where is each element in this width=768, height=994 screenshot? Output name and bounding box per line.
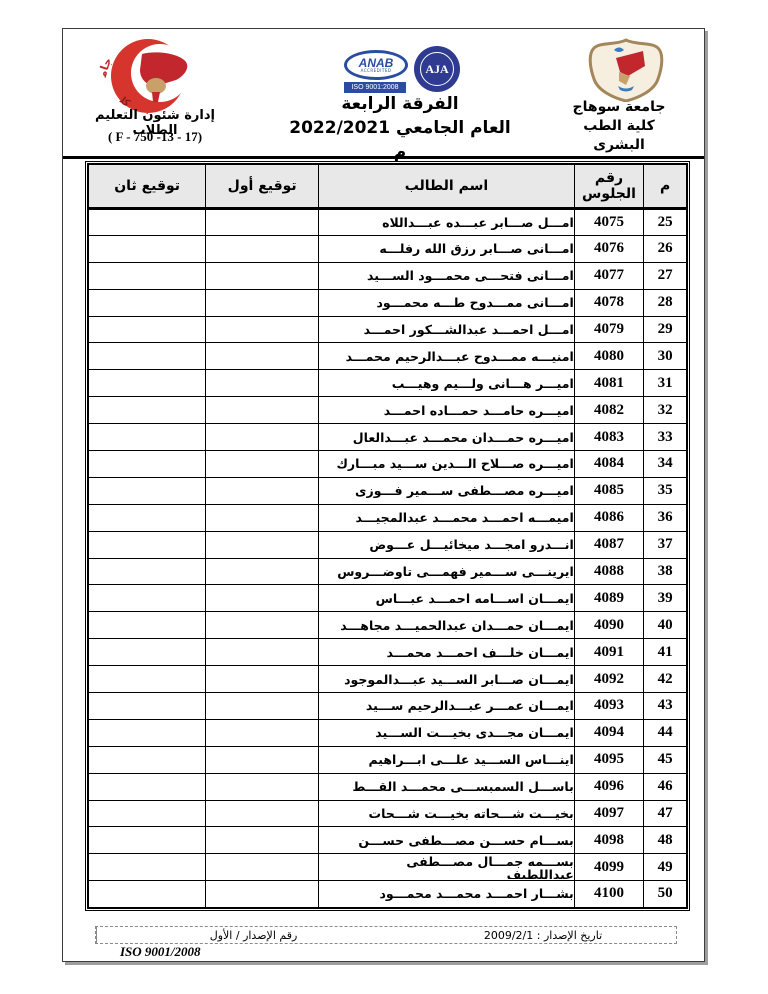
- table-row: 45 4095 اينـــاس الســـيد علـــى ابـــرا…: [88, 746, 687, 773]
- issue-date: تاريخ الإصدار : 2009/2/1: [410, 927, 676, 943]
- anab-accredited-label: ACCREDITED: [361, 69, 392, 73]
- seat-number-cell: 4077: [574, 262, 643, 289]
- student-name-cell: بخيـــت شـــحاته بخيـــت شـــحات: [319, 800, 575, 827]
- index-cell: 33: [644, 424, 687, 451]
- first-signature-cell: [206, 477, 319, 504]
- index-cell: 43: [644, 693, 687, 720]
- first-signature-cell: [206, 639, 319, 666]
- first-signature-cell: [206, 370, 319, 397]
- index-cell: 32: [644, 397, 687, 424]
- student-name-cell: اميـــره صـــلاح الـــدين ســـيد مبـــار…: [319, 451, 575, 478]
- seat-number-cell: 4080: [574, 343, 643, 370]
- index-cell: 49: [644, 854, 687, 881]
- student-name-cell: ايمـــان حمـــدان عبدالحميـــد مجاهـــد: [319, 612, 575, 639]
- first-signature-cell: [206, 719, 319, 746]
- table-row: 32 4082 اميـــره حامـــد حمـــاده احمـــ…: [88, 397, 687, 424]
- index-cell: 40: [644, 612, 687, 639]
- aja-logo: AJA: [414, 46, 460, 92]
- university-header-block: جامعة سوهاج كلية الطب البشرى: [560, 98, 678, 155]
- first-signature-cell: [206, 209, 319, 236]
- student-name-cell: بشـــار احمـــد محمـــد محمـــود: [319, 881, 575, 908]
- index-cell: 36: [644, 504, 687, 531]
- anab-word: ANAB: [359, 58, 394, 69]
- seat-number-cell: 4090: [574, 612, 643, 639]
- student-name-cell: ايرينـــى ســـمير فهمـــى تاوضـــروس: [319, 558, 575, 585]
- student-name-cell: بســـام حســـن مصـــطفى حســـن: [319, 827, 575, 854]
- second-signature-cell: [88, 209, 206, 236]
- index-cell: 28: [644, 289, 687, 316]
- seat-number-cell: 4089: [574, 585, 643, 612]
- first-signature-cell: [206, 773, 319, 800]
- second-signature-cell: [88, 693, 206, 720]
- first-signature-cell: [206, 504, 319, 531]
- first-signature-cell: [206, 746, 319, 773]
- svg-text:جامعة سوهاج: جامعة سوهاج: [90, 36, 115, 79]
- second-signature-cell: [88, 854, 206, 881]
- first-signature-cell: [206, 235, 319, 262]
- header-second-signature: توقيع ثان: [88, 164, 206, 209]
- seat-number-cell: 4079: [574, 316, 643, 343]
- table-row: 43 4093 ايمـــان عمـــر عبـــدالرحيم ســ…: [88, 693, 687, 720]
- second-signature-cell: [88, 639, 206, 666]
- first-signature-cell: [206, 800, 319, 827]
- issue-info-box: رقم الإصدار / الأول تاريخ الإصدار : 2009…: [95, 926, 677, 944]
- seat-number-cell: 4088: [574, 558, 643, 585]
- index-cell: 27: [644, 262, 687, 289]
- table-row: 25 4075 امـــل صـــابر عبـــده عبـــدالل…: [88, 209, 687, 236]
- student-name-cell: اينـــاس الســـيد علـــى ابـــراهيم: [319, 746, 575, 773]
- second-signature-cell: [88, 477, 206, 504]
- second-signature-cell: [88, 531, 206, 558]
- second-signature-cell: [88, 343, 206, 370]
- seat-number-cell: 4091: [574, 639, 643, 666]
- faculty-name: كلية الطب البشرى: [560, 117, 678, 155]
- first-signature-cell: [206, 827, 319, 854]
- first-signature-cell: [206, 451, 319, 478]
- seat-number-cell: 4096: [574, 773, 643, 800]
- seat-number-cell: 4087: [574, 531, 643, 558]
- seat-number-cell: 4082: [574, 397, 643, 424]
- faculty-crescent-logo: جامعة سوهاج كلية الطب: [90, 36, 216, 116]
- first-signature-cell: [206, 881, 319, 908]
- iso-standard-note: ISO 9001/2008: [120, 944, 260, 960]
- aja-word: AJA: [420, 52, 454, 86]
- seat-number-cell: 4094: [574, 719, 643, 746]
- table-row: 35 4085 اميـــره مصـــطفى ســـمير فـــوز…: [88, 477, 687, 504]
- first-signature-cell: [206, 666, 319, 693]
- seat-number-cell: 4099: [574, 854, 643, 881]
- first-signature-cell: [206, 262, 319, 289]
- student-name-cell: ايمـــان عمـــر عبـــدالرحيم ســـيد: [319, 693, 575, 720]
- table-row: 50 4100 بشـــار احمـــد محمـــد محمـــود: [88, 881, 687, 908]
- index-cell: 25: [644, 209, 687, 236]
- table-row: 34 4084 اميـــره صـــلاح الـــدين ســـيد…: [88, 451, 687, 478]
- header-divider-rule: [63, 156, 704, 159]
- index-cell: 39: [644, 585, 687, 612]
- seat-number-cell: 4092: [574, 666, 643, 693]
- issue-number: رقم الإصدار / الأول: [96, 927, 410, 943]
- student-name-cell: ايمـــان خلـــف احمـــد محمـــد: [319, 639, 575, 666]
- seat-number-cell: 4093: [574, 693, 643, 720]
- index-cell: 46: [644, 773, 687, 800]
- second-signature-cell: [88, 719, 206, 746]
- header-seat-number: رقم الجلوس: [574, 164, 643, 209]
- index-cell: 30: [644, 343, 687, 370]
- header-index: م: [644, 164, 687, 209]
- first-signature-cell: [206, 424, 319, 451]
- table-header-row: م رقم الجلوس اسم الطالب توقيع أول توقيع …: [88, 164, 687, 209]
- first-signature-cell: [206, 558, 319, 585]
- second-signature-cell: [88, 800, 206, 827]
- header-student-name: اسم الطالب: [319, 164, 575, 209]
- index-cell: 47: [644, 800, 687, 827]
- second-signature-cell: [88, 881, 206, 908]
- index-cell: 44: [644, 719, 687, 746]
- student-table-body: 25 4075 امـــل صـــابر عبـــده عبـــدالل…: [88, 209, 687, 908]
- student-name-cell: امـــانى فتحـــى محمـــود الســـيد: [319, 262, 575, 289]
- second-signature-cell: [88, 558, 206, 585]
- student-name-cell: باســـل السمبســـى محمـــد القـــط: [319, 773, 575, 800]
- table-row: 28 4078 امـــانى ممـــدوح طـــه محمـــود: [88, 289, 687, 316]
- anab-oval-icon: ANAB ACCREDITED: [344, 50, 408, 80]
- second-signature-cell: [88, 666, 206, 693]
- student-name-cell: اميـــر هـــانى ولـــيم وهيـــب: [319, 370, 575, 397]
- first-signature-cell: [206, 289, 319, 316]
- second-signature-cell: [88, 424, 206, 451]
- seat-number-cell: 4081: [574, 370, 643, 397]
- student-name-cell: امـــل احمـــد عبدالشـــكور احمـــد: [319, 316, 575, 343]
- student-name-cell: امـــانى ممـــدوح طـــه محمـــود: [319, 289, 575, 316]
- student-name-cell: ايمـــان اســـامه احمـــد عبـــاس: [319, 585, 575, 612]
- seat-number-cell: 4098: [574, 827, 643, 854]
- second-signature-cell: [88, 612, 206, 639]
- table-row: 47 4097 بخيـــت شـــحاته بخيـــت شـــحات: [88, 800, 687, 827]
- student-name-cell: اميـــره حمـــدان محمـــد عبـــدالعال: [319, 424, 575, 451]
- student-name-cell: اميـــره حامـــد حمـــاده احمـــد: [319, 397, 575, 424]
- index-cell: 37: [644, 531, 687, 558]
- second-signature-cell: [88, 370, 206, 397]
- index-cell: 31: [644, 370, 687, 397]
- table-row: 38 4088 ايرينـــى ســـمير فهمـــى تاوضــ…: [88, 558, 687, 585]
- second-signature-cell: [88, 773, 206, 800]
- index-cell: 50: [644, 881, 687, 908]
- first-signature-cell: [206, 397, 319, 424]
- table-row: 49 4099 بســـمه جمـــال مصـــطفىعبداللطي…: [88, 854, 687, 881]
- second-signature-cell: [88, 827, 206, 854]
- table-row: 29 4079 امـــل احمـــد عبدالشـــكور احمـ…: [88, 316, 687, 343]
- student-name-cell: انـــدرو امجـــد ميخائيـــل عـــوض: [319, 531, 575, 558]
- seat-number-cell: 4086: [574, 504, 643, 531]
- index-cell: 35: [644, 477, 687, 504]
- table-row: 31 4081 اميـــر هـــانى ولـــيم وهيـــب: [88, 370, 687, 397]
- university-shield-logo: [586, 38, 666, 102]
- first-signature-cell: [206, 343, 319, 370]
- seat-number-cell: 4076: [574, 235, 643, 262]
- seat-number-cell: 4085: [574, 477, 643, 504]
- second-signature-cell: [88, 746, 206, 773]
- student-name-cell: ايمـــان مجـــدى بخيـــت الســـيد: [319, 719, 575, 746]
- second-signature-cell: [88, 397, 206, 424]
- student-name-cell: امنيـــه ممـــدوح عبـــدالرحيم محمـــد: [319, 343, 575, 370]
- second-signature-cell: [88, 504, 206, 531]
- index-cell: 34: [644, 451, 687, 478]
- table-row: 42 4092 ايمـــان صـــابر الســـيد عبـــد…: [88, 666, 687, 693]
- seat-number-cell: 4095: [574, 746, 643, 773]
- document-title-block: الفرقة الرابعة العام الجامعي 2022/2021 م: [284, 92, 516, 164]
- student-name-cell: اميمـــه احمـــد محمـــد عبدالمجيـــد: [319, 504, 575, 531]
- second-signature-cell: [88, 289, 206, 316]
- table-row: 33 4083 اميـــره حمـــدان محمـــد عبـــد…: [88, 424, 687, 451]
- first-signature-cell: [206, 316, 319, 343]
- second-signature-cell: [88, 235, 206, 262]
- grade-title: الفرقة الرابعة: [284, 92, 516, 116]
- second-signature-cell: [88, 451, 206, 478]
- seat-number-cell: 4075: [574, 209, 643, 236]
- index-cell: 41: [644, 639, 687, 666]
- index-cell: 42: [644, 666, 687, 693]
- seat-number-cell: 4100: [574, 881, 643, 908]
- seat-number-cell: 4084: [574, 451, 643, 478]
- student-roster-table: م رقم الجلوس اسم الطالب توقيع أول توقيع …: [85, 161, 690, 911]
- index-cell: 38: [644, 558, 687, 585]
- seat-number-cell: 4097: [574, 800, 643, 827]
- table-row: 36 4086 اميمـــه احمـــد محمـــد عبدالمج…: [88, 504, 687, 531]
- table-row: 39 4089 ايمـــان اســـامه احمـــد عبـــا…: [88, 585, 687, 612]
- table-row: 26 4076 امـــانى صـــابر رزق الله رفلـــ…: [88, 235, 687, 262]
- table-row: 30 4080 امنيـــه ممـــدوح عبـــدالرحيم م…: [88, 343, 687, 370]
- table-row: 41 4091 ايمـــان خلـــف احمـــد محمـــد: [88, 639, 687, 666]
- header-first-signature: توقيع أول: [206, 164, 319, 209]
- second-signature-cell: [88, 316, 206, 343]
- table-row: 46 4096 باســـل السمبســـى محمـــد القــ…: [88, 773, 687, 800]
- seat-number-cell: 4078: [574, 289, 643, 316]
- student-name-cell: بســـمه جمـــال مصـــطفىعبداللطيف: [319, 854, 575, 881]
- first-signature-cell: [206, 854, 319, 881]
- table-row: 37 4087 انـــدرو امجـــد ميخائيـــل عـــ…: [88, 531, 687, 558]
- index-cell: 48: [644, 827, 687, 854]
- anab-logo: ANAB ACCREDITED ISO 9001:2008: [344, 50, 408, 93]
- second-signature-cell: [88, 585, 206, 612]
- student-name-cell: ايمـــان صـــابر الســـيد عبـــدالموجود: [319, 666, 575, 693]
- student-name-cell: امـــانى صـــابر رزق الله رفلـــه: [319, 235, 575, 262]
- table-row: 40 4090 ايمـــان حمـــدان عبدالحميـــد م…: [88, 612, 687, 639]
- first-signature-cell: [206, 531, 319, 558]
- first-signature-cell: [206, 612, 319, 639]
- student-name-cell: اميـــره مصـــطفى ســـمير فـــوزى: [319, 477, 575, 504]
- first-signature-cell: [206, 585, 319, 612]
- seat-number-cell: 4083: [574, 424, 643, 451]
- index-cell: 45: [644, 746, 687, 773]
- student-name-cell: امـــل صـــابر عبـــده عبـــداللاه: [319, 209, 575, 236]
- second-signature-cell: [88, 262, 206, 289]
- table-row: 44 4094 ايمـــان مجـــدى بخيـــت الســـي…: [88, 719, 687, 746]
- first-signature-cell: [206, 693, 319, 720]
- index-cell: 26: [644, 235, 687, 262]
- index-cell: 29: [644, 316, 687, 343]
- table-row: 48 4098 بســـام حســـن مصـــطفى حســـن: [88, 827, 687, 854]
- table-row: 27 4077 امـــانى فتحـــى محمـــود الســـ…: [88, 262, 687, 289]
- university-name: جامعة سوهاج: [560, 98, 678, 117]
- document-page: جامعة سوهاج كلية الطب البشرى ANAB ACCRED…: [0, 0, 768, 994]
- form-code: ( F - 750 -13 - 17): [80, 129, 230, 145]
